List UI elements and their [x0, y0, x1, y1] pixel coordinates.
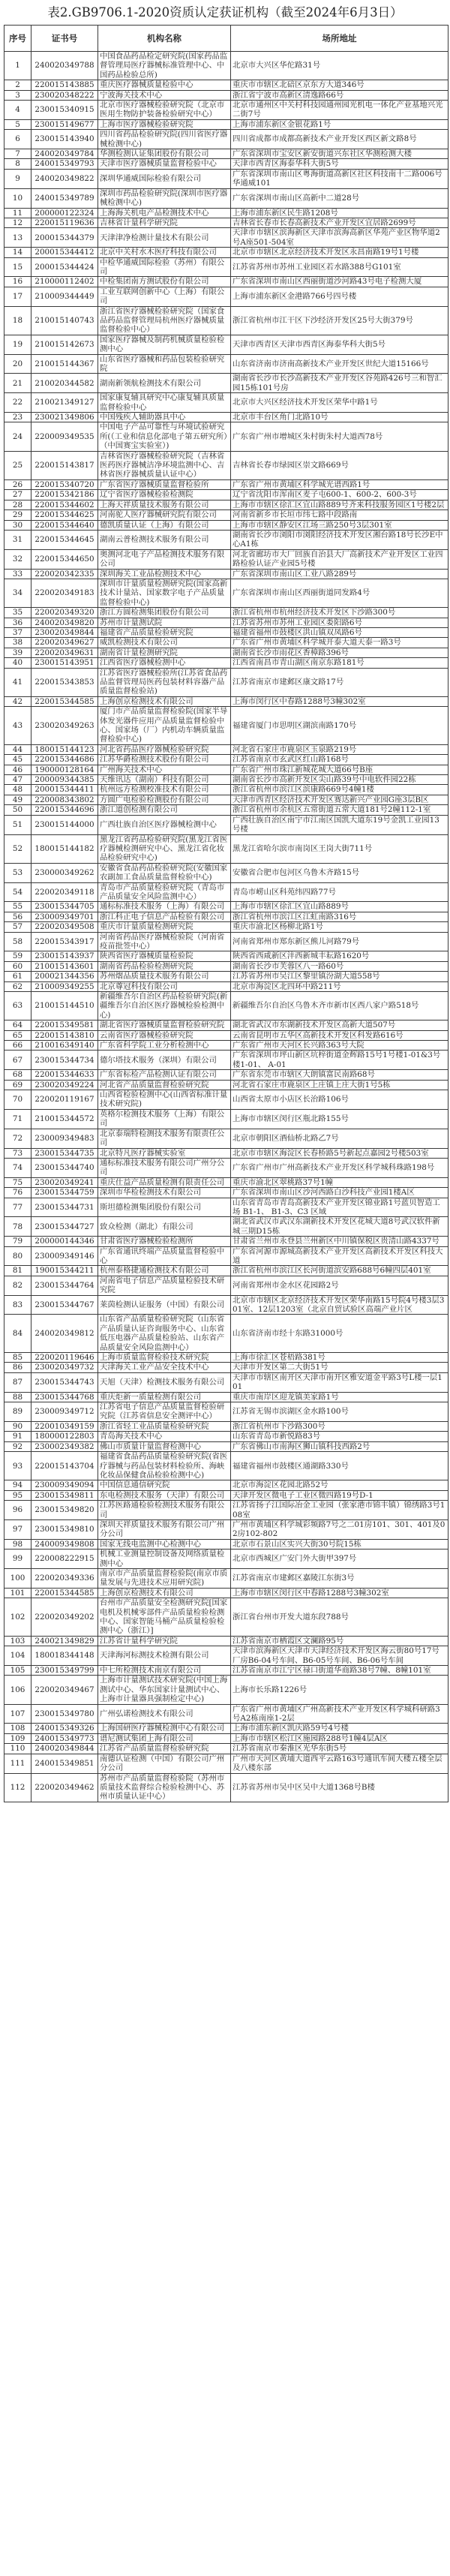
institution-name: 湖北省医疗器械质量监督检验研究院 [98, 1020, 231, 1030]
row-index: 73 [4, 1148, 31, 1158]
site-address: 广东省广州市黄埔区广州高新技术产业开发区科学城科研路3号A2栋南座1-2层 [231, 1704, 448, 1724]
institution-name: 青岛市产品质量检验研究院（青岛市产品质量安全风险监测中心） [98, 882, 231, 902]
certificate-number: 220020349467 [31, 1676, 98, 1704]
table-row: 60210015143601湖南省药品检验检测研究院湖南省长沙市芙蓉区八一路60… [4, 961, 448, 971]
row-index: 18 [4, 306, 31, 335]
table-row: 29220015344625河南驼人医疗器械研究院有限公司河南省新乡市长垣市纬七… [4, 510, 448, 520]
row-index: 92 [4, 1441, 31, 1451]
row-index: 2 [4, 80, 31, 90]
site-address: 北京市朝阳区酒仙桥北路乙7号 [231, 1129, 448, 1148]
row-index: 88 [4, 1392, 31, 1402]
certificate-number: 240020349820 [31, 618, 98, 627]
site-address: 重庆市渝北区杨柳北路1号 [231, 922, 448, 932]
table-row: 20210015144367山东省医疗器械和药品包装检验研究院山东省济南市济南高… [4, 354, 448, 374]
certificate-number: 220020119646 [31, 1353, 98, 1363]
table-row: 100220020349336南京市产品质量监督检验院(南京市质量发展与先进技术… [4, 1568, 448, 1588]
row-index: 56 [4, 912, 31, 921]
institution-name: 广东省通讯终端产品质量监督检验中心 [98, 1246, 231, 1266]
row-index: 70 [4, 1090, 31, 1110]
certificate-number: 220015349581 [31, 1020, 98, 1030]
site-address: 上海市浦东新区金港路766号四号楼 [231, 287, 448, 306]
institution-name: 广西壮族自治区医疗器械检测中心 [98, 815, 231, 834]
row-index: 59 [4, 951, 31, 961]
row-index: 7 [4, 149, 31, 159]
site-address: 天津开发区微电子工业区微四路19号D-1 [231, 1490, 448, 1500]
certified-institutions-table: 序号 证书号 机构名称 场所地址 1240020349788中国食品药品检定研究… [4, 25, 448, 1802]
institution-name: 深圳市计量质量检测研究院(国家高新技术计量站、国家数字电子产品质量监督检验中心) [98, 579, 231, 607]
row-index: 17 [4, 287, 31, 306]
row-index: 32 [4, 549, 31, 569]
certificate-number: 220015344686 [31, 755, 98, 765]
row-index: 12 [4, 218, 31, 227]
institution-name: 重庆仕益产品质量检测有限责任公司 [98, 1177, 231, 1187]
site-address: 福建省福州市鼓楼区通湖路330号 [231, 1452, 448, 1480]
row-index: 74 [4, 1158, 31, 1177]
row-index: 55 [4, 902, 31, 912]
certificate-number: 220010349159 [31, 1421, 98, 1431]
certificate-number: 230015349810 [31, 1519, 98, 1539]
row-index: 99 [4, 1550, 31, 1569]
certificate-number: 230009349712 [31, 1402, 98, 1422]
row-index: 21 [4, 374, 31, 393]
site-address: 浙江省台州市开发大道东段788号 [231, 1598, 448, 1637]
table-row: 105230015349799中七所检测技术南京有限公司江苏省南京市江宁区禄口街… [4, 1666, 448, 1676]
row-index: 28 [4, 500, 31, 509]
row-index: 110 [4, 1744, 31, 1754]
institution-name: 天津津净检测计量技术有限公司 [98, 228, 231, 248]
site-address: 浙江省杭州市滨江区江虹南路316号 [231, 912, 448, 921]
certificate-number: 220020342335 [31, 569, 98, 579]
certificate-number: 220020349320 [31, 608, 98, 618]
site-address: 江苏省苏州市吴中区吴中大道1368号B楼 [231, 1773, 448, 1802]
certificate-number: 180000122803 [31, 1432, 98, 1441]
site-address: 北京市西城区广安门外大街甲397号 [231, 1550, 448, 1569]
site-address: 湖南省长沙市高新开发区尖山路39号中电软件园22栋 [231, 775, 448, 785]
table-row: 13200015344379天津津净检测计量技术有限公司天津市市辖区滨海新区天津… [4, 228, 448, 248]
table-row: 96230015349820江苏医路通检验检测技术服务有限公司江苏省扬子江国际冶… [4, 1501, 448, 1520]
row-index: 62 [4, 981, 31, 991]
institution-name: 江苏省医疗器械检验所(江苏省食品药品监督管理局医药包装材料容器产品质量监督检验站… [98, 668, 231, 696]
table-row: 47200009344385天维讯达（湖南）科技有限公司湖南省长沙市高新开发区尖… [4, 775, 448, 785]
certificate-number: 240020349784 [31, 149, 98, 159]
certificate-number: 210015142673 [31, 335, 98, 354]
institution-name: 致众检测（湖北）有限公司 [98, 1217, 231, 1237]
institution-name: 江苏华爵检测技术股份有限公司 [98, 755, 231, 765]
row-index: 96 [4, 1501, 31, 1520]
table-row: 64220015349581湖北省医疗器械质量监督检验研究院湖北省武汉市东湖新技… [4, 1020, 448, 1030]
table-row: 65220015143810云南省医疗器械检验研究院云南省昆明市五华区高新技术开… [4, 1030, 448, 1040]
certificate-number: 230020349732 [31, 1363, 98, 1372]
site-address: 江苏省南京市秦淮区光华东街5号 [231, 1744, 448, 1754]
table-row: 86230020349732天津海关工业产品安全技术中心天津市开发区第二大街51… [4, 1363, 448, 1372]
row-index: 57 [4, 922, 31, 932]
institution-name: 陕西省医疗器械质量检验院 [98, 951, 231, 961]
table-row: 33220020342335深圳海关工业品检测技术中心广东省深圳市南山区工业八路… [4, 569, 448, 579]
site-address: 天津市开发区第二大街51号 [231, 1363, 448, 1372]
table-row: 110240020349844江苏省产品质量监督检验研究院江苏省南京市秦淮区光华… [4, 1744, 448, 1754]
certificate-number: 220015340720 [31, 479, 98, 489]
site-address: 甘肃省兰州市永登县兰州新区中川镇保税区贵清山路4337号 [231, 1237, 448, 1246]
site-address: 广东省深圳市南山区沙河西路白沙科技产业园1楼A区 [231, 1188, 448, 1198]
institution-name: 中国残疾人辅助器具中心 [98, 413, 231, 422]
table-row: 16210000112402中检集团南方测试股份有限公司广东省深圳市南山区西丽街… [4, 277, 448, 287]
table-row: 42220015344585上海创京检测技术有限公司上海市闵行区中春路1288号… [4, 696, 448, 706]
certificate-number: 190015344211 [31, 1266, 98, 1276]
site-address: 广东省深圳市宝安区新安街道兴东社区华测检测大楼 [231, 149, 448, 159]
column-header-address: 场所地址 [231, 26, 448, 52]
page-title: 表2.GB9706.1-2020资质认定获证机构（截至2024年6月3日） [0, 0, 450, 25]
row-index: 9 [4, 169, 31, 188]
site-address: 江苏省苏州市苏州工业园区娄阳路6号 [231, 618, 448, 627]
site-address: 广州市天河区黄埔大道西平云路163号通讯车间大楼五楼全层及八楼东部 [231, 1754, 448, 1773]
institution-name: 谱尼测试集团上海有限公司 [98, 1733, 231, 1743]
site-address: 广东省广州市广州高新技术产业开发区科学城科珠路198号 [231, 1158, 448, 1177]
table-row: 8240015349793天津市医疗器械质量监督检验中心天津市西青区海泰华科大街… [4, 159, 448, 169]
certificate-number: 210020344582 [31, 374, 98, 393]
row-index: 82 [4, 1276, 31, 1295]
table-row: 67230015344734德尔塔技术服务（深圳）有限公司广东省深圳市坪山新区坑… [4, 1051, 448, 1070]
certificate-number: 200009344385 [31, 775, 98, 785]
certificate-number: 240015349789 [31, 188, 98, 208]
row-index: 104 [4, 1646, 31, 1666]
table-row: 30220015344640德凯质量认证（上海）有限公司上海市市辖区静安区江场三… [4, 520, 448, 530]
certificate-number: 230020349241 [31, 1177, 98, 1187]
site-address: 黑龙江省哈尔滨市南岗区王岗大街711号 [231, 834, 448, 863]
institution-name: 江苏省计量科学研究院 [98, 1636, 231, 1646]
institution-name: 上海海关机电产品检测技术中心 [98, 208, 231, 218]
table-row: 56230009349701浙江科正电子信息产品检验有限公司浙江省杭州市滨江区江… [4, 912, 448, 921]
row-index: 41 [4, 668, 31, 696]
row-index: 65 [4, 1030, 31, 1040]
row-index: 75 [4, 1177, 31, 1187]
certificate-number: 220015344625 [31, 510, 98, 520]
certificate-number: 180015144123 [31, 744, 98, 754]
table-row: 85220020119646上海市质量监督检验技术研究院上海市徐汇区苍梧路381… [4, 1353, 448, 1363]
certificate-number: 240021349829 [31, 1636, 98, 1646]
institution-name: 山东省产品质量检验研究院（山东省产品质量认证咨询服务中心、山东省低压电器产品质量… [98, 1315, 231, 1353]
certificate-number: 220020349631 [31, 648, 98, 657]
certificate-number: 230015143937 [31, 951, 98, 961]
certificate-number: 210021349127 [31, 393, 98, 413]
row-index: 5 [4, 119, 31, 129]
site-address: 广东省广州市增城区朱村街朱村大道西78号 [231, 422, 448, 451]
site-address: 广东省广州市珠江新城花城大道66号B座 [231, 765, 448, 774]
site-address: 天津市市辖区滨海新区天津市滨海高新区华苑产业区物华道2号A座501-504室 [231, 228, 448, 248]
certificate-number: 230015149677 [31, 119, 98, 129]
row-index: 86 [4, 1363, 31, 1372]
row-index: 43 [4, 707, 31, 745]
certificate-number: 230015349820 [31, 1501, 98, 1520]
table-row: 34220020349183深圳市计量质量检测研究院(国家高新技术计量站、国家数… [4, 579, 448, 607]
row-index: 107 [4, 1704, 31, 1724]
certificate-number: 210016349140 [31, 1041, 98, 1051]
row-index: 66 [4, 1041, 31, 1051]
certificate-number: 210015144510 [31, 992, 98, 1020]
site-address: 天津市市辖区南开区天津市南开区雅安道金平路3号L楼一层101 [231, 1372, 448, 1392]
row-index: 40 [4, 658, 31, 668]
table-row: 28220015344602上海天祥质量技术服务有限公司上海市市辖区徐汇区宜山路… [4, 500, 448, 509]
institution-name: 河北省药品医疗器械检验研究院 [98, 744, 231, 754]
institution-name: 四川省药品检验研究院(四川省医疗器械检测中心) [98, 130, 231, 149]
institution-name: 天维讯达（湖南）科技有限公司 [98, 775, 231, 785]
certificate-number: 220015143885 [31, 80, 98, 90]
row-index: 77 [4, 1198, 31, 1217]
site-address: 山东省青岛市新悦路83号 [231, 1432, 448, 1441]
row-index: 106 [4, 1676, 31, 1704]
table-row: 77230015344731斯坦德检测集团股份有限公司山东省青岛市青岛高新技术产… [4, 1198, 448, 1217]
table-row: 43230020349263厦门市产品质量监督检验院(国家半导体发光器件应用产品… [4, 707, 448, 745]
row-index: 46 [4, 765, 31, 774]
site-address: 山西省太原市小店区长治路106号 [231, 1090, 448, 1110]
institution-name: 深圳市药品检验研究院(深圳市医疗器械检测中心) [98, 188, 231, 208]
site-address: 辽宁省沈阳市浑南区麦子屯600-1、600-2、600-3号 [231, 490, 448, 500]
institution-name: 上海市计量测试技术研究院(中国上海测试中心、华东国家计量测试中心、上海市计量器具… [98, 1676, 231, 1704]
table-row: 41220015343853江苏省医疗器械检验所(江苏省食品药品监督管理局医药包… [4, 668, 448, 696]
table-row: 4230015340915北京市医疗器械检验研究院（北京市医用生物防护装备检验研… [4, 101, 448, 120]
site-address: 江苏省南京市建邺区康文路17号 [231, 668, 448, 696]
site-address: 浙江省杭州市滨江区滨康路669号4幢1楼 [231, 785, 448, 795]
site-address: 上海市市辖区松江区施园路288号1幢4层A区 [231, 1733, 448, 1743]
column-header-index: 序号 [4, 26, 31, 52]
row-index: 84 [4, 1315, 31, 1353]
table-row: 1240020349788中国食品药品检定研究院(国家药品监督管理局医疗器械标准… [4, 52, 448, 80]
institution-name: 宁波海关技术中心 [98, 90, 231, 100]
site-address: 上海市闵行区中春路1288号3幢302室 [231, 696, 448, 706]
row-index: 90 [4, 1421, 31, 1431]
site-address: 江苏省苏州市苏州工业园区若水路388号G101室 [231, 257, 448, 277]
certificate-number: 230015349780 [31, 1704, 98, 1724]
site-address: 上海市浦东新区凯庆路59号4号楼 [231, 1724, 448, 1733]
certificate-number: 230000349262 [31, 863, 98, 882]
certificate-number: 220015143810 [31, 1030, 98, 1040]
site-address: 上海市市辖区徐汇区宜山路889号齐来科技服务园区1号楼2层 [231, 500, 448, 509]
certificate-number: 210000112402 [31, 277, 98, 287]
institution-name: 吉林省医疗器械检验研究院（吉林省医药医疗器械洁净环境监测中心、吉林省医疗器械质量… [98, 451, 231, 479]
institution-name: 苏州市产品质量监督检验院（苏州市质量技术监督综合检验检测中心、苏州市质量认证中心… [98, 1773, 231, 1802]
site-address: 浙江省杭州市下沙路300号 [231, 1421, 448, 1431]
site-address: 北京市通州区中关村科技园通州园光机电一体化产业基地兴光二街7号 [231, 101, 448, 120]
site-address: 福建省福州市鼓楼区洪山镇双凤路6号 [231, 627, 448, 637]
institution-name: 浙江省医疗器械检验研究院（国家食品药品监督管理局杭州医疗器械质量监督检验中心） [98, 306, 231, 335]
institution-name: 上海国研医疗器械检测中心有限公司 [98, 1724, 231, 1733]
row-index: 52 [4, 834, 31, 863]
certificate-number: 240015349851 [31, 1754, 98, 1773]
certificate-number: 220009349535 [31, 422, 98, 451]
certificate-number: 240020349822 [31, 169, 98, 188]
row-index: 58 [4, 932, 31, 951]
certificate-number: 220015119636 [31, 218, 98, 227]
certificate-number: 230002349382 [31, 1441, 98, 1451]
table-row: 58220015343917河南省药品医疗器械检验院（河南省疫苗批签中心）河南省… [4, 932, 448, 951]
certificate-number: 230015344743 [31, 1372, 98, 1392]
row-index: 76 [4, 1188, 31, 1198]
row-index: 87 [4, 1372, 31, 1392]
institution-name: 天旭（天津）检测技术服务有限公司 [98, 1372, 231, 1392]
institution-name: 国家康复辅具研究中心康复辅具质量监督检验中心 [98, 393, 231, 413]
table-row: 37230020349844福建省产品质量检验研究院福建省福州市鼓楼区洪山镇双凤… [4, 627, 448, 637]
row-index: 4 [4, 101, 31, 120]
table-row: 73230015344735北京特凡医疗器械实验室北京市市辖区海淀区长春桥路5号… [4, 1148, 448, 1158]
institution-name: 天津海关工业产品安全技术中心 [98, 1363, 231, 1372]
institution-name: 杭州泰格捷通检测技术有限公司 [98, 1266, 231, 1276]
institution-name: 工业互联网创新中心（上海）有限公司 [98, 287, 231, 306]
site-address: 河北省廊坊市大厂回族自治县大厂高新技术产业开发区工业四路检验认证产业园5号楼 [231, 549, 448, 569]
institution-name: 湖南云普检测技术服务有限公司 [98, 530, 231, 549]
site-address: 江苏省苏州市吴江区黎里镇汾湖大道558号 [231, 972, 448, 981]
institution-name: 佛山市质量计量监督检测中心 [98, 1441, 231, 1451]
table-row: 106220020349467上海市计量测试技术研究院(中国上海测试中心、华东国… [4, 1676, 448, 1704]
institution-name: 浙江方圆检测集团股份有限公司 [98, 608, 231, 618]
site-address: 江苏省南京市玄武区红山路168号 [231, 755, 448, 765]
institution-name: 广州海关技术中心 [98, 765, 231, 774]
table-row: 5230015149677上海市医疗器械检验研究院上海市浦东新区金银花路1号 [4, 119, 448, 129]
certificate-number: 230020348222 [31, 90, 98, 100]
site-address: 广东省深圳市南山区高新中二道28号 [231, 188, 448, 208]
row-index: 20 [4, 354, 31, 374]
table-row: 101220015344585上海创京检测技术有限公司上海市市辖区闵行区中春路1… [4, 1588, 448, 1598]
table-row: 94230009349094中国信息通信研究院北京市海淀区花园北路52号 [4, 1480, 448, 1490]
table-row: 88230015344768重庆炬新一质量检测有限公司重庆市南岸区迎龙镇美家路1… [4, 1392, 448, 1402]
row-index: 6 [4, 130, 31, 149]
institution-name: 辽宁省医疗器械检验检测院 [98, 490, 231, 500]
institution-name: 北京市医疗器械检验研究院（北京市医用生物防护装备检验研究中心） [98, 101, 231, 120]
institution-name: 云南省医疗器械检验研究院 [98, 1030, 231, 1040]
site-address: 天津市滨海新区天津市天津经济技术开发区海云街80号17号厂房B6-04号车间、B… [231, 1646, 448, 1666]
table-row: 31220015344645湖南云普检测技术服务有限公司湖南省长沙市浏阳市浏阳经… [4, 530, 448, 549]
certificate-number: 240015349326 [31, 1724, 98, 1733]
table-row: 22210021349127国家康复辅具研究中心康复辅具质量监督检验中心北京市大… [4, 393, 448, 413]
table-row: 27220015342186辽宁省医疗器械检验检测院辽宁省沈阳市浑南区麦子屯60… [4, 490, 448, 500]
certificate-number: 220015143704 [31, 1452, 98, 1480]
table-row: 40230015143951江西省医疗器械检测中心江西省南昌市青山湖区南京东路1… [4, 658, 448, 668]
institution-name: 中国信息通信研究院 [98, 1480, 231, 1490]
row-index: 49 [4, 795, 31, 804]
site-address: 上海市浦东新区金银花路1号 [231, 119, 448, 129]
table-row: 53230000349262安徽省食品药品检验研究院(安徽国家农副加工食品质量监… [4, 863, 448, 882]
site-address: 北京市海淀区北四环中路211号 [231, 981, 448, 991]
row-index: 29 [4, 510, 31, 520]
table-row: 15200015344424中检华通威国际检验（苏州）有限公司江苏省苏州市苏州工… [4, 257, 448, 277]
certificate-number: 230015340915 [31, 101, 98, 120]
row-index: 108 [4, 1724, 31, 1733]
institution-name: 湖南省药品检验检测研究院 [98, 961, 231, 971]
row-index: 30 [4, 520, 31, 530]
institution-name: 浙江科正电子信息产品检验有限公司 [98, 912, 231, 921]
table-row: 3230020348222宁波海关技术中心浙江省宁波市高新区清逸路66号 [4, 90, 448, 100]
site-address: 上海市市辖区徐汇区宜山路889号 [231, 902, 448, 912]
certificate-number: 220015344650 [31, 549, 98, 569]
institution-name: 东电检测技术服务（天津）有限公司 [98, 1490, 231, 1500]
table-row: 63210015144510新疆维吾尔自治区药品检验研究院(新疆维吾尔自治区医疗… [4, 992, 448, 1020]
certificate-number: 200015344411 [31, 785, 98, 795]
site-address: 广东省佛山市南海区狮山镇科技西路2号 [231, 1441, 448, 1451]
certificate-number: 220008222915 [31, 1550, 98, 1569]
site-address: 四川省成都市成都高新技术产业开发区西区新文路8号 [231, 130, 448, 149]
institution-name: 河南省电子信息产品质量检验技术研究院 [98, 1276, 231, 1295]
institution-name: 莱茵检测认证服务（中国）有限公司 [98, 1295, 231, 1315]
certificate-number: 230020349224 [31, 1080, 98, 1090]
institution-name: 通标标准技术服务有限公司广州分公司 [98, 1158, 231, 1177]
certificate-number: 240020349844 [31, 1744, 98, 1754]
certificate-number: 220015344585 [31, 696, 98, 706]
site-address: 北京市市辖区海淀区长春桥路5号新起点嘉园2号楼503室 [231, 1148, 448, 1158]
table-row: 108240015349326上海国研医疗器械检测中心有限公司上海市浦东新区凯庆… [4, 1724, 448, 1733]
table-row: 10240015349789深圳市药品检验研究院(深圳市医疗器械检测中心)广东省… [4, 188, 448, 208]
institution-name: 机械工业测量控制设备及网络质量检测中心 [98, 1550, 231, 1569]
site-address: 浙江省杭州市滨江区长河街道滨安路688号6幢四层401室 [231, 1266, 448, 1276]
table-row: 17210009344449工业互联网创新中心（上海）有限公司上海市浦东新区金港… [4, 287, 448, 306]
table-row: 7240020349784华测检测认证集团股份有限公司广东省深圳市宝安区新安街道… [4, 149, 448, 159]
row-index: 11 [4, 208, 31, 218]
row-index: 63 [4, 992, 31, 1020]
site-address: 江苏省南京市栖霞区文澜路95号 [231, 1636, 448, 1646]
row-index: 31 [4, 530, 31, 549]
row-index: 25 [4, 451, 31, 479]
site-address: 新疆维吾尔自治区乌鲁木齐市新市区西八家户路518号 [231, 992, 448, 1020]
institution-name: 方圆广电检验检测股份有限公司 [98, 795, 231, 804]
table-row: 59230015143937陕西省医疗器械质量检验院陕西省西咸新区沣西新城丰耘路… [4, 951, 448, 961]
institution-name: 重庆市计量质量检测研究院 [98, 922, 231, 932]
row-index: 100 [4, 1568, 31, 1588]
row-index: 38 [4, 638, 31, 648]
certificate-number: 220015344640 [31, 520, 98, 530]
certificate-number: 220015343853 [31, 668, 98, 696]
institution-name: 北京泰瑞特检测技术服务有限责任公司 [98, 1129, 231, 1148]
row-index: 72 [4, 1129, 31, 1148]
row-index: 10 [4, 188, 31, 208]
row-index: 39 [4, 648, 31, 657]
certificate-number: 210015144367 [31, 354, 98, 374]
certificate-number: 230015143940 [31, 130, 98, 149]
institution-name: 山西省检验检测中心(山西省标准计量技术研究院) [98, 1090, 231, 1110]
certificate-number: 230015344768 [31, 1392, 98, 1402]
row-index: 95 [4, 1490, 31, 1500]
certificate-number: 220020349336 [31, 1568, 98, 1588]
site-address: 北京市石景山区实兴大街30号院15栋 [231, 1539, 448, 1549]
certificate-number: 230009349094 [31, 1480, 98, 1490]
certificate-number: 230015344759 [31, 1188, 98, 1198]
institution-name: 斯坦德检测集团股份有限公司 [98, 1198, 231, 1217]
certificate-number: 210009344449 [31, 287, 98, 306]
certificate-number: 220020349202 [31, 1598, 98, 1637]
row-index: 48 [4, 785, 31, 795]
institution-name: 上海天祥质量技术服务有限公司 [98, 500, 231, 509]
certificate-number: 230015344705 [31, 902, 98, 912]
certificate-number: 230015143951 [31, 658, 98, 668]
table-row: 68220015344633广东省标检产品检测认证有限公司广东省东莞市市辖区大朗… [4, 1070, 448, 1080]
row-index: 105 [4, 1666, 31, 1676]
certificate-number: 220020119167 [31, 1090, 98, 1110]
site-address: 广东省东莞市市辖区大朗镇富民南路68号 [231, 1070, 448, 1080]
table-row: 91180000122803青岛海关技术中心山东省青岛市新悦路83号 [4, 1432, 448, 1441]
row-index: 33 [4, 569, 31, 579]
row-index: 16 [4, 277, 31, 287]
certificate-number: 230015344740 [31, 1158, 98, 1177]
site-address: 山东省济南市经十东路31000号 [231, 1315, 448, 1353]
table-row: 109240015349773谱尼测试集团上海有限公司上海市市辖区松江区施园路2… [4, 1733, 448, 1743]
table-row: 26220015340720广东省医疗器械质量监督检验所广东省广州市黄埔区科学城… [4, 479, 448, 489]
row-index: 42 [4, 696, 31, 706]
institution-name: 浙江道创检测有限公司 [98, 805, 231, 815]
site-address: 河北省石家庄市鹿泉区上庄镇上庄大街1号5栋 [231, 1080, 448, 1090]
table-row: 14200015344412北京中关村水木医疗科技有限公司北京市市辖区北京经济技… [4, 248, 448, 257]
institution-name: 广州弘诺检测技术有限公司 [98, 1704, 231, 1724]
institution-name: 新疆维吾尔自治区药品检验研究院(新疆维吾尔自治区医疗器械检验检测中心) [98, 992, 231, 1020]
table-row: 35220020349320浙江方圆检测集团股份有限公司浙江省杭州市杭州经济技术… [4, 608, 448, 618]
site-address: 湖南省长沙市芙蓉区八一路60号 [231, 961, 448, 971]
row-index: 93 [4, 1452, 31, 1480]
site-address: 广东省广州市天河区长兴路363号大院 [231, 1041, 448, 1051]
